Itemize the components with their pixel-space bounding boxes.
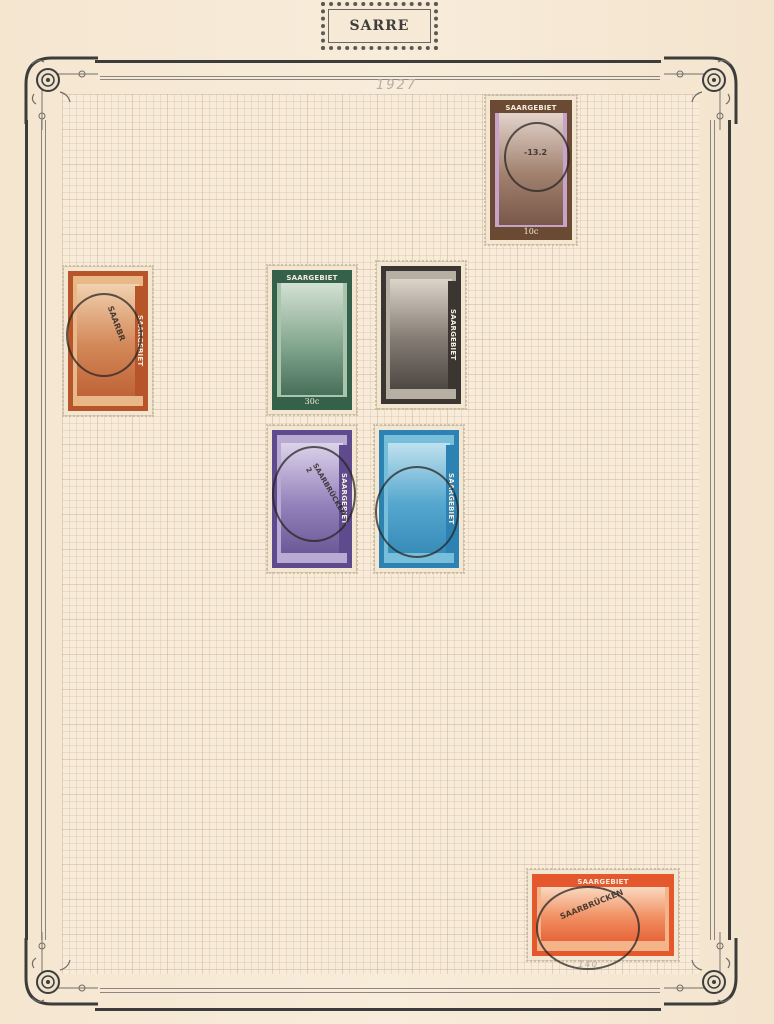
stamp-violet[interactable]: SAARGEBIET SAARBRÜCKEN 2 — [268, 426, 356, 572]
year-annotation: 1927 — [376, 78, 417, 93]
border-bottom-thin-2 — [100, 992, 660, 993]
stamp-vignette — [390, 279, 452, 389]
stamp-vignette — [281, 283, 343, 395]
corner-ornament-top-left-icon — [12, 44, 98, 130]
border-right-thin-2 — [714, 120, 715, 940]
postmark-cancel — [272, 446, 356, 542]
stamp-design: SAARGEBIET — [381, 266, 461, 404]
album-page: SARRE 1927 140 SAARGEBIET 10c -13.2 SAAR… — [0, 0, 774, 1024]
stamp-blue[interactable]: SAARGEBIET — [375, 426, 463, 572]
postmark-cancel — [536, 886, 640, 970]
stamp-gray-black[interactable]: SAARGEBIET — [377, 262, 465, 408]
stamp-red-brown[interactable]: SAARGEBIET SAARBR — [64, 267, 152, 415]
border-left-thin-2 — [45, 120, 46, 940]
border-right-thick — [728, 120, 731, 940]
stamp-inscription: SAARGEBIET — [277, 274, 347, 283]
corner-ornament-bottom-left-icon — [12, 932, 98, 1018]
postmark-cancel — [66, 293, 142, 377]
postmark-text: -13.2 — [524, 148, 547, 157]
stamp-orange-mine[interactable]: SAARGEBIET SAARBRÜCKEN — [528, 870, 678, 960]
stamp-denomination: 10c — [495, 227, 567, 236]
postmark-cancel — [504, 122, 570, 192]
country-title-plate: SARRE — [321, 2, 438, 50]
border-top-thick — [95, 60, 661, 63]
stamp-denomination: 30c — [277, 397, 347, 406]
border-bottom-thin — [100, 988, 660, 989]
border-bottom-thick — [95, 1008, 661, 1011]
country-title: SARRE — [350, 18, 410, 34]
stamp-green-30c[interactable]: SAARGEBIET 30c — [268, 266, 356, 414]
stamp-brown-10c[interactable]: SAARGEBIET 10c -13.2 — [486, 96, 576, 244]
stamp-inscription: SAARGEBIET — [448, 281, 457, 389]
stamp-inscription: SAARGEBIET — [537, 878, 669, 887]
border-left-thin — [41, 120, 42, 940]
stamp-design: SAARGEBIET 30c — [272, 270, 352, 410]
postmark-cancel — [375, 466, 459, 558]
border-right-thin — [710, 120, 711, 940]
border-left-thick — [25, 120, 28, 940]
corner-ornament-top-right-icon — [664, 44, 750, 130]
border-top-thin — [100, 76, 660, 77]
stamp-inscription: SAARGEBIET — [495, 104, 567, 113]
